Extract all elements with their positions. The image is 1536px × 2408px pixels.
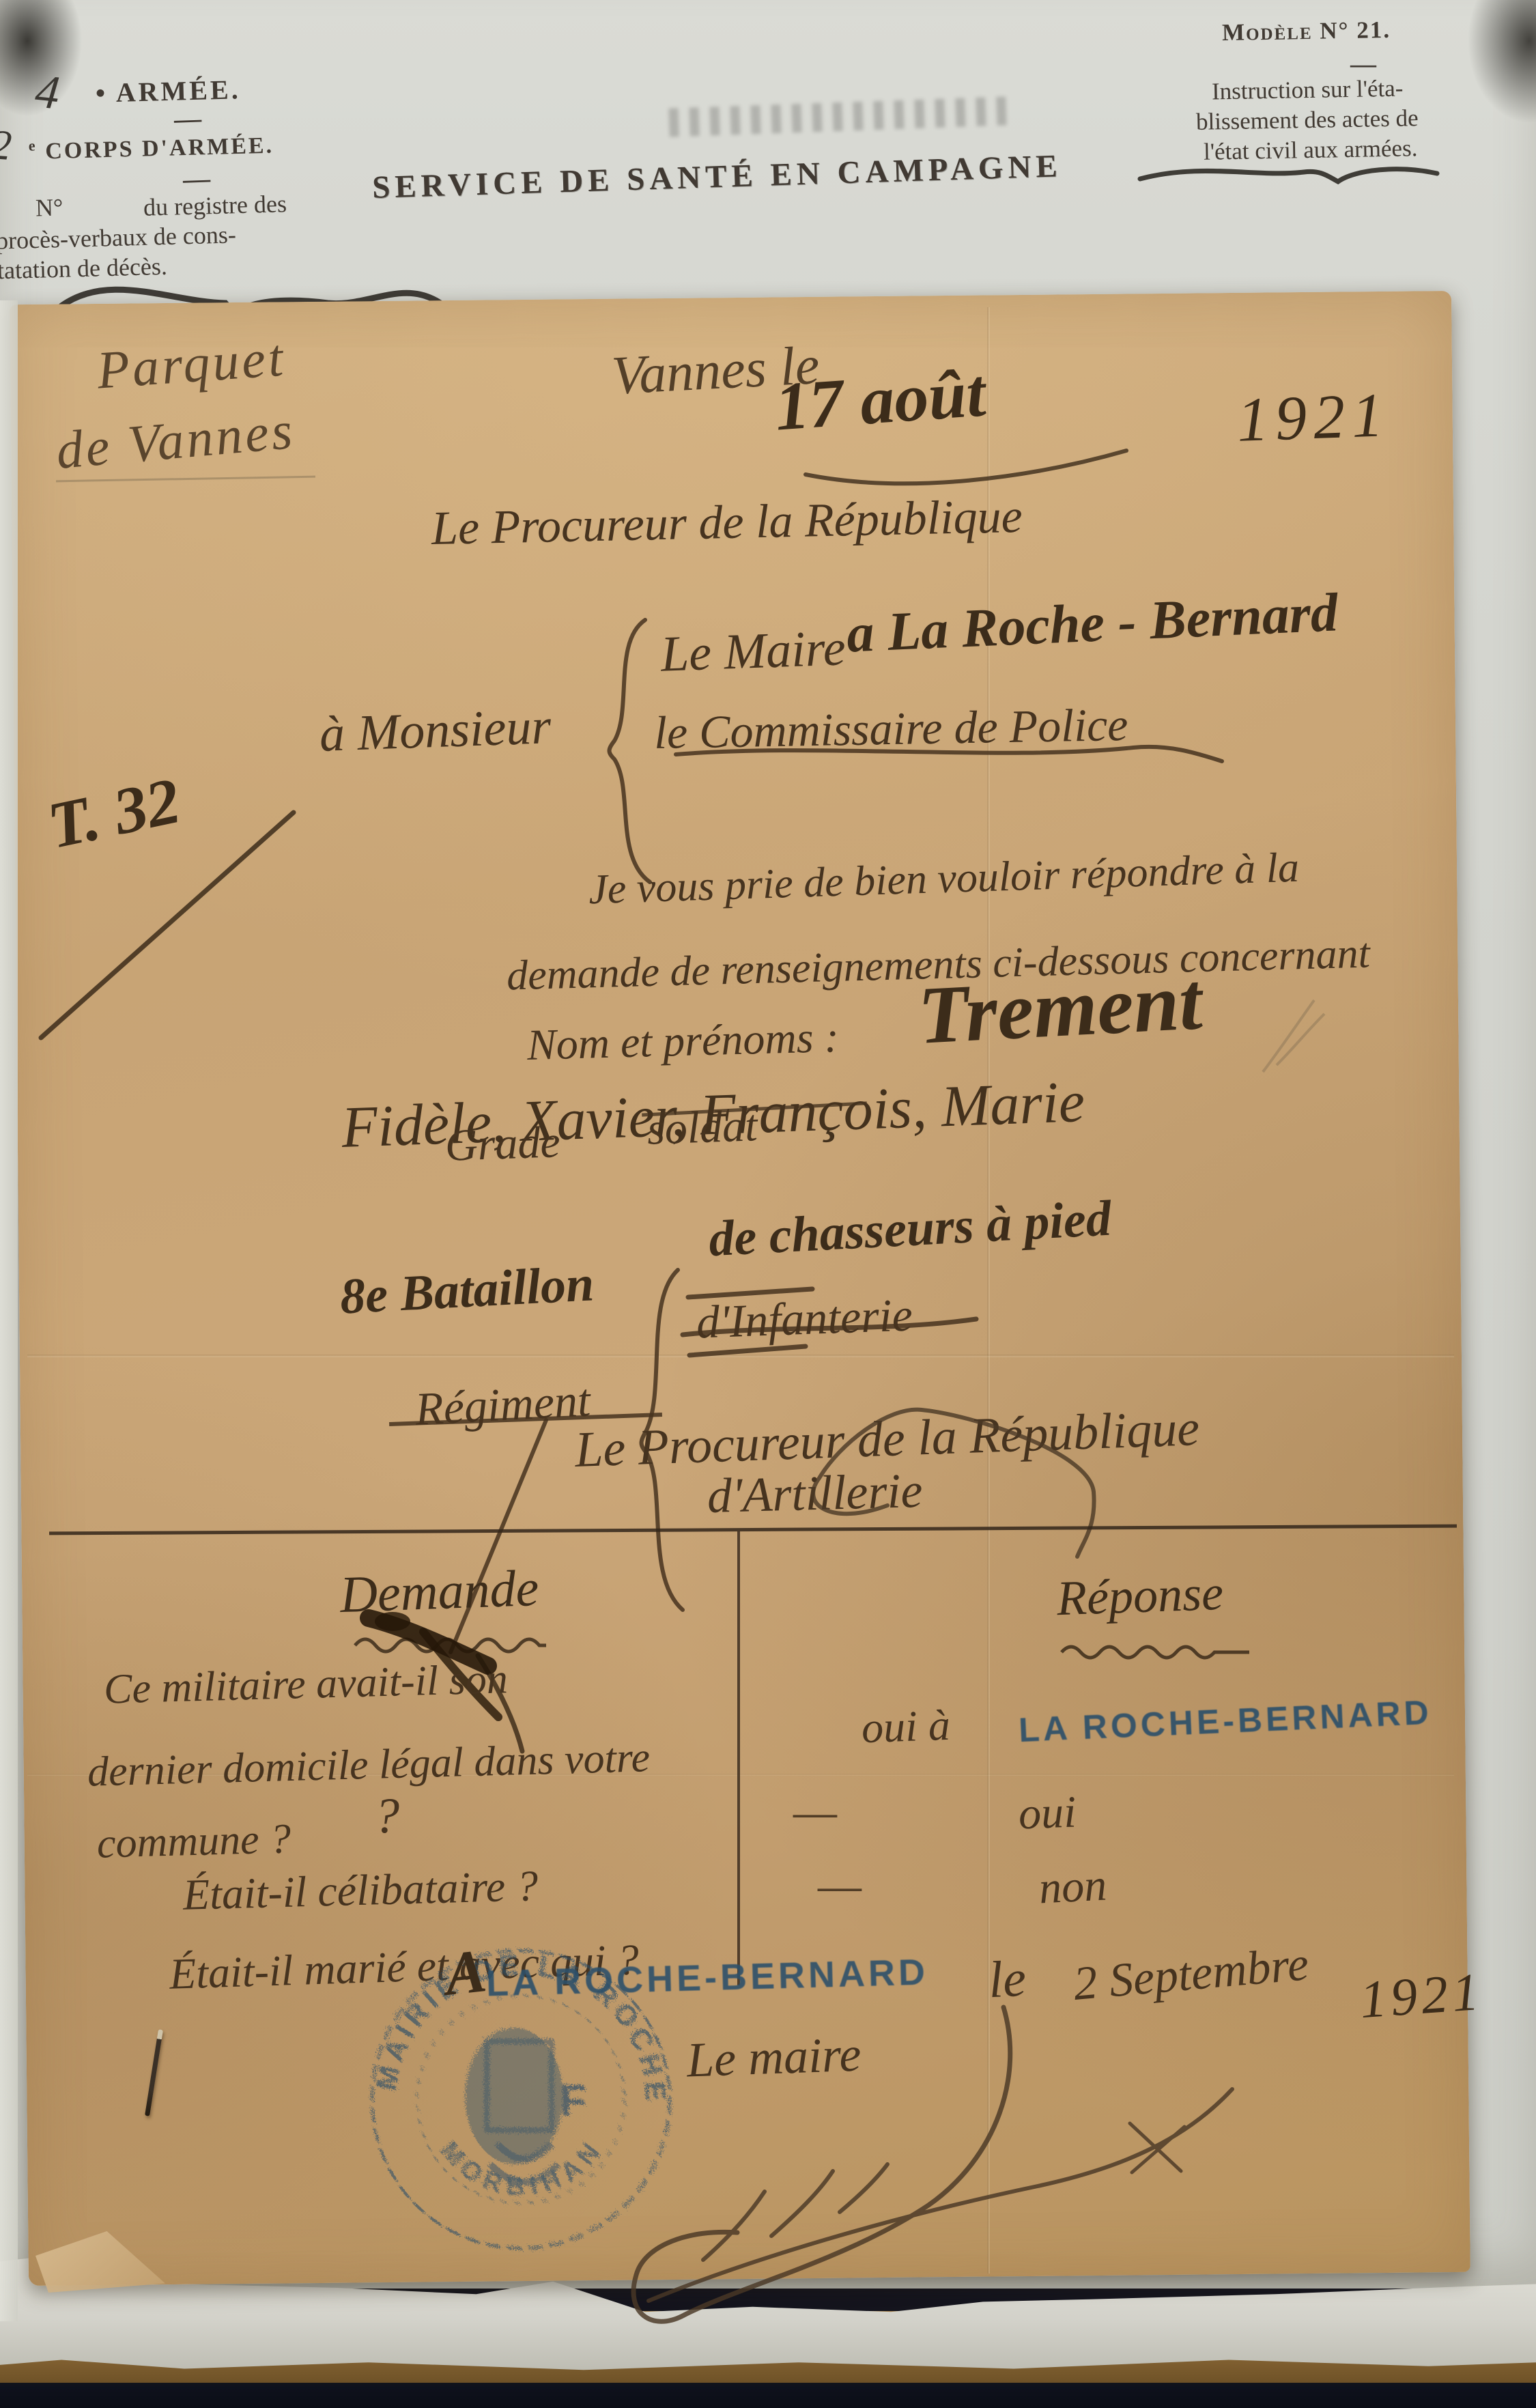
date-flourish: [785, 437, 1263, 498]
document-photo: 4 • ARMÉE. — 2 e CORPS D'ARMÉE. — N° du …: [0, 0, 1536, 2408]
name-label: Nom et prénoms :: [526, 1012, 840, 1071]
answer1-hand: oui à: [861, 1700, 951, 1753]
question1-mark: ?: [374, 1787, 399, 1845]
backing-left-edge: [0, 300, 18, 2321]
question1-line3: commune ?: [96, 1815, 291, 1868]
flourish-left: [0, 0, 478, 328]
photo-corner-shadow-right: [1468, 0, 1536, 123]
table-vertical-rule: [737, 1531, 740, 1985]
mayor-signature: [478, 1966, 1365, 2349]
answer3: non: [1038, 1859, 1108, 1914]
answer2: oui: [1018, 1787, 1077, 1841]
response-underline-squiggle: [1051, 1632, 1338, 1673]
grade-label: Grade: [444, 1116, 561, 1172]
margin-slash: [20, 785, 328, 1058]
date-day: 17 août: [772, 353, 988, 446]
flourish-right: [1126, 150, 1468, 198]
strikethrough-commissaire: [649, 724, 1263, 778]
to-choice1: Le Maire: [660, 619, 847, 683]
date-year: 1921: [1236, 378, 1391, 456]
answer2-dash: —: [793, 1783, 857, 1840]
strikethrough-infanterie: [676, 1270, 1031, 1379]
pencil-scribble: [1249, 983, 1345, 1092]
instruction-line2: blissement des actes de: [1196, 104, 1419, 136]
to-prefix: à Monsieur: [319, 698, 552, 764]
signature-paraph: [751, 1386, 1161, 1591]
response-header: Réponse: [1056, 1565, 1225, 1627]
sender-line1: Parquet: [95, 326, 287, 401]
footer-date-year: 1921: [1358, 1961, 1485, 2030]
instruction-line1: Instruction sur l'éta-: [1212, 75, 1404, 106]
surname: Trement: [916, 954, 1204, 1063]
question2: Était-il célibataire ?: [182, 1860, 539, 1921]
answer3-dash: —: [818, 1857, 882, 1914]
model-ref: Modèle N° 21.: [1222, 16, 1391, 46]
